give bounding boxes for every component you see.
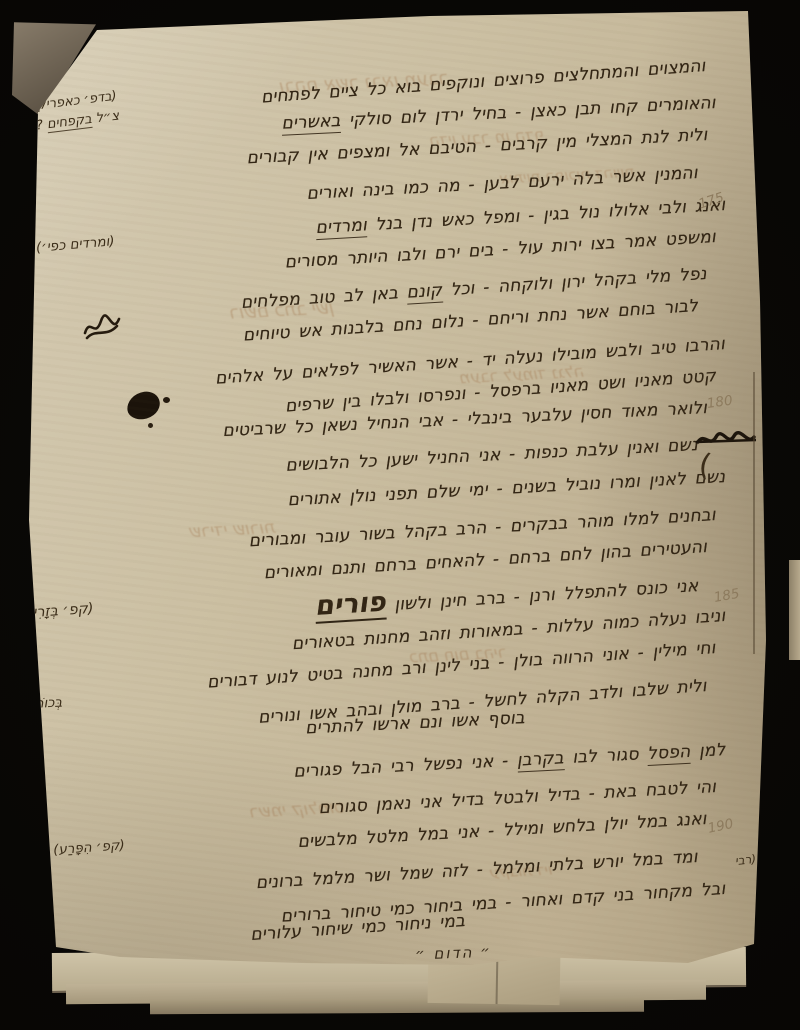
margin-note: (קפ׳ הִפָּרַע) דִּקְדּוּק ? xyxy=(0,835,125,864)
margin-note: בְּכוֹרִים xyxy=(24,693,63,715)
word: (קפ׳ הִפָּרַע) xyxy=(48,837,125,858)
scanned-page-photo: ובהם אשר נראו מעברהדיו עבר מן הדףאותיות … xyxy=(0,0,800,1030)
margin-note: (קפ׳ בְּזָרִים) xyxy=(17,599,94,626)
line-number: 185 xyxy=(713,586,741,606)
word: אני כונס להתפלל ורנן - ברב חינן ולשון xyxy=(385,576,699,615)
word: (קפ׳ בְּזָרִים) xyxy=(17,601,94,622)
word: הפסל xyxy=(646,742,690,766)
ink-speck xyxy=(148,423,153,428)
manuscript-page: ובהם אשר נראו מעברהדיו עבר מן הדףאותיות … xyxy=(0,0,800,1030)
margin-note: (ומרדים כפי׳) xyxy=(35,231,115,258)
word: קונם xyxy=(406,281,443,305)
word: בקרבן xyxy=(516,748,564,772)
highlight-word: פורים xyxy=(314,587,387,624)
word: (רבי xyxy=(734,852,756,868)
margin-note: (רבי xyxy=(734,850,757,870)
word: צ״ל xyxy=(91,108,120,126)
closing-word: ״ הדום ״ xyxy=(415,943,492,964)
word: למן xyxy=(689,740,725,762)
margin-note-line: בְּכוֹרִים xyxy=(24,693,63,715)
word: סגור לבו xyxy=(563,744,648,768)
margin-note-line: (ומרדים כפי׳) xyxy=(35,231,115,258)
ink-blot xyxy=(125,390,161,421)
word: נפל מלי בקהל ירון ולוקחה - וכל xyxy=(442,264,708,300)
word: נשם ואנין עלבת כנפות - אני החניל ישען כל… xyxy=(285,435,698,476)
margin-note-line: (רבי xyxy=(734,850,757,870)
page-stack-edge xyxy=(150,998,644,1015)
margin-note-line: (קפ׳ בְּזָרִים) xyxy=(17,599,94,626)
adjacent-page-sliver xyxy=(789,560,800,660)
manuscript-line: נשם לאנין ומרו נוביל בשנים - ימי שלם תפנ… xyxy=(287,467,726,510)
page-edge-crease xyxy=(753,372,755,654)
manuscript-line: נשם ואנין עלבת כנפות - אני החניל ישען כל… xyxy=(285,435,698,476)
word: דִּקְדּוּק ? xyxy=(0,843,50,863)
word: בקפחים xyxy=(46,111,93,132)
word: ומרדים xyxy=(315,215,368,240)
ink-scribble xyxy=(82,312,122,346)
line-number: 180 xyxy=(706,392,734,411)
word: - אני נפשל רבי הבל פגורים xyxy=(293,751,517,782)
margin-note-line: (קפ׳ הִפָּרַע) דִּקְדּוּק ? xyxy=(0,835,125,864)
manuscript-line: למן הפסל סגור לבו בקרבן - אני נפשל רבי ה… xyxy=(293,740,726,782)
word: בְּכוֹרִים xyxy=(24,695,63,712)
word: באשרים xyxy=(281,111,341,136)
ink-speck xyxy=(163,397,170,403)
word: נשם לאנין ומרו נוביל בשנים - ימי שלם תפנ… xyxy=(287,467,726,510)
word: (ומרדים כפי׳) xyxy=(35,233,115,256)
line-number: 190 xyxy=(706,816,735,837)
